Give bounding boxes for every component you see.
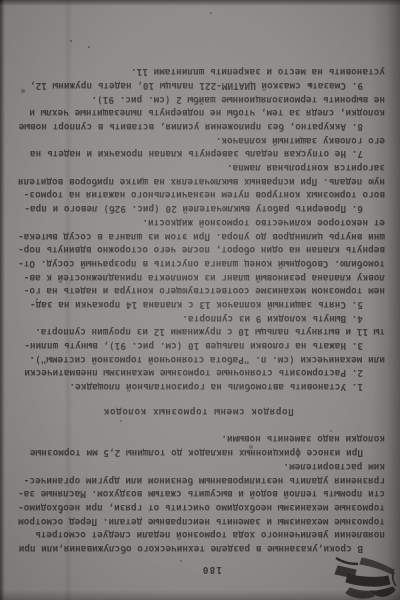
text-line: 6. Проверить работу выключателей 20 (рис… <box>12 202 385 216</box>
text-line: загорится контрольная лампа. <box>12 160 385 174</box>
page-number: 180 <box>202 564 222 575</box>
text-line: томобилю. Свободный конец шланга опустит… <box>12 256 385 270</box>
text-line: или механически (см. п. "Работа стояночн… <box>12 352 385 366</box>
ink-stamp-icon <box>332 554 398 600</box>
text-line: 1. Установить автомобиль на горизонтальн… <box>12 379 385 393</box>
text-line: шни внутрь цилиндров до упора. При этом … <box>12 229 385 243</box>
text-line: тормозные механизмы необходимо очистить … <box>12 500 385 514</box>
text-line: ким растворителем. <box>12 459 385 473</box>
text-line: 7. Не отпуская педаль завернуть клапан п… <box>12 147 385 161</box>
text-line: 4. Вынуть колодки 9 из суппорта. <box>12 311 385 325</box>
text-line: ловку клапана резиновый шланг из комплек… <box>12 270 385 284</box>
text-line: сти промыть теплой водой и высушить сжат… <box>12 487 385 501</box>
text-line: ную педаль. При исправных выключателях н… <box>12 174 385 188</box>
text-line: ет некоторое количество тормозной жидкос… <box>12 215 385 229</box>
photo-of-document-page: 180 В сроки,указанные в разделе техничес… <box>0 0 400 600</box>
text-lines: В сроки,указанные в разделе технического… <box>12 65 385 555</box>
text-line: 9. Смазать смазкой ЦИАТИМ-221 пальцы 10,… <box>12 78 385 92</box>
section-heading: Порядок смены тормозных колодок <box>12 404 385 418</box>
text-line: грязнения удалить неэтилированным бензин… <box>12 473 385 487</box>
text-line: тормозные механизмы и заменить неисправн… <box>12 514 385 528</box>
text-line: 5. Снять защитный колпачок 13 с клапана … <box>12 297 385 311</box>
text-line: нем тормозном механизме соответствующего… <box>12 284 385 298</box>
text-line: колодки, следя за тем, чтобы не подверну… <box>12 106 385 120</box>
text-line: не выронить термоизоляционные шайбы 2 (с… <box>12 92 385 106</box>
text-line: 2. Растормозить стояночные тормозные мех… <box>12 366 385 380</box>
text-line: 3. Нажать на головки пальцев 10 (см. рис… <box>12 338 385 352</box>
document-page: 180 В сроки,указанные в разделе техничес… <box>0 0 400 600</box>
text-line: При износе фрикционных накладок до толщи… <box>12 446 385 460</box>
text-line: 8. Аккуратно, без приложения усилия, вст… <box>12 119 385 133</box>
text-line: его головку защитный колпачок. <box>12 133 385 147</box>
text-line: установить на место и закрепить шплинтам… <box>12 65 385 79</box>
text-line: появлении увеличенного хода тормозной пе… <box>12 528 385 542</box>
text-line: вого тормозных контуров путем незначител… <box>12 188 385 202</box>
text-line: ты 11 и вытянуть пальцы 10 с пружинами 1… <box>12 325 385 339</box>
text-line: вернуть клапан на один оборот, после чег… <box>12 243 385 257</box>
text-line: В сроки,указанные в разделе технического… <box>12 541 385 555</box>
text-line: колодки надо заменить новыми. <box>12 432 385 446</box>
